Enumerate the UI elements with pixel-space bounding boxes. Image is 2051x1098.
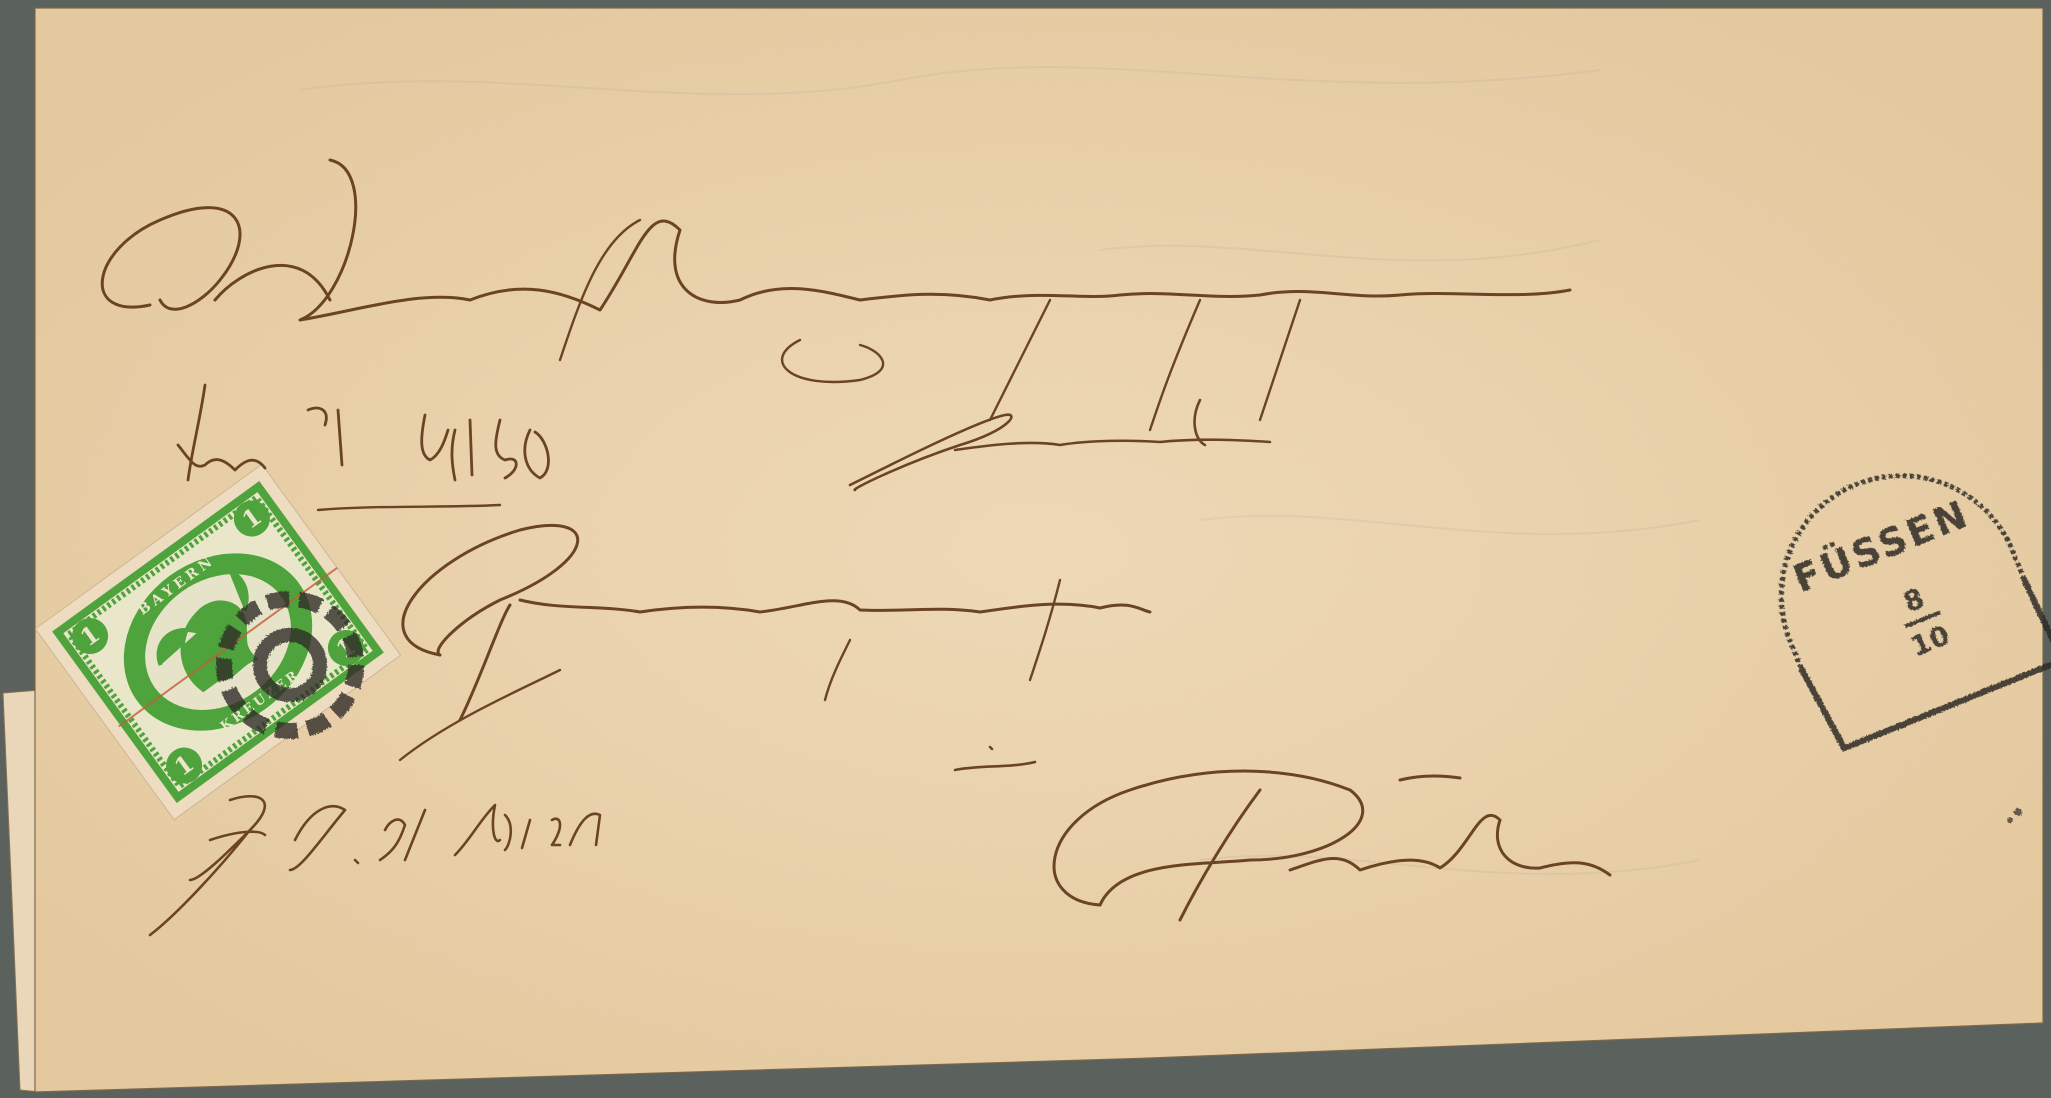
letter-cover-scene: 1 1 1 1 BAYERN KREUZER FÜSSEN 8 10 [0, 0, 2051, 1098]
